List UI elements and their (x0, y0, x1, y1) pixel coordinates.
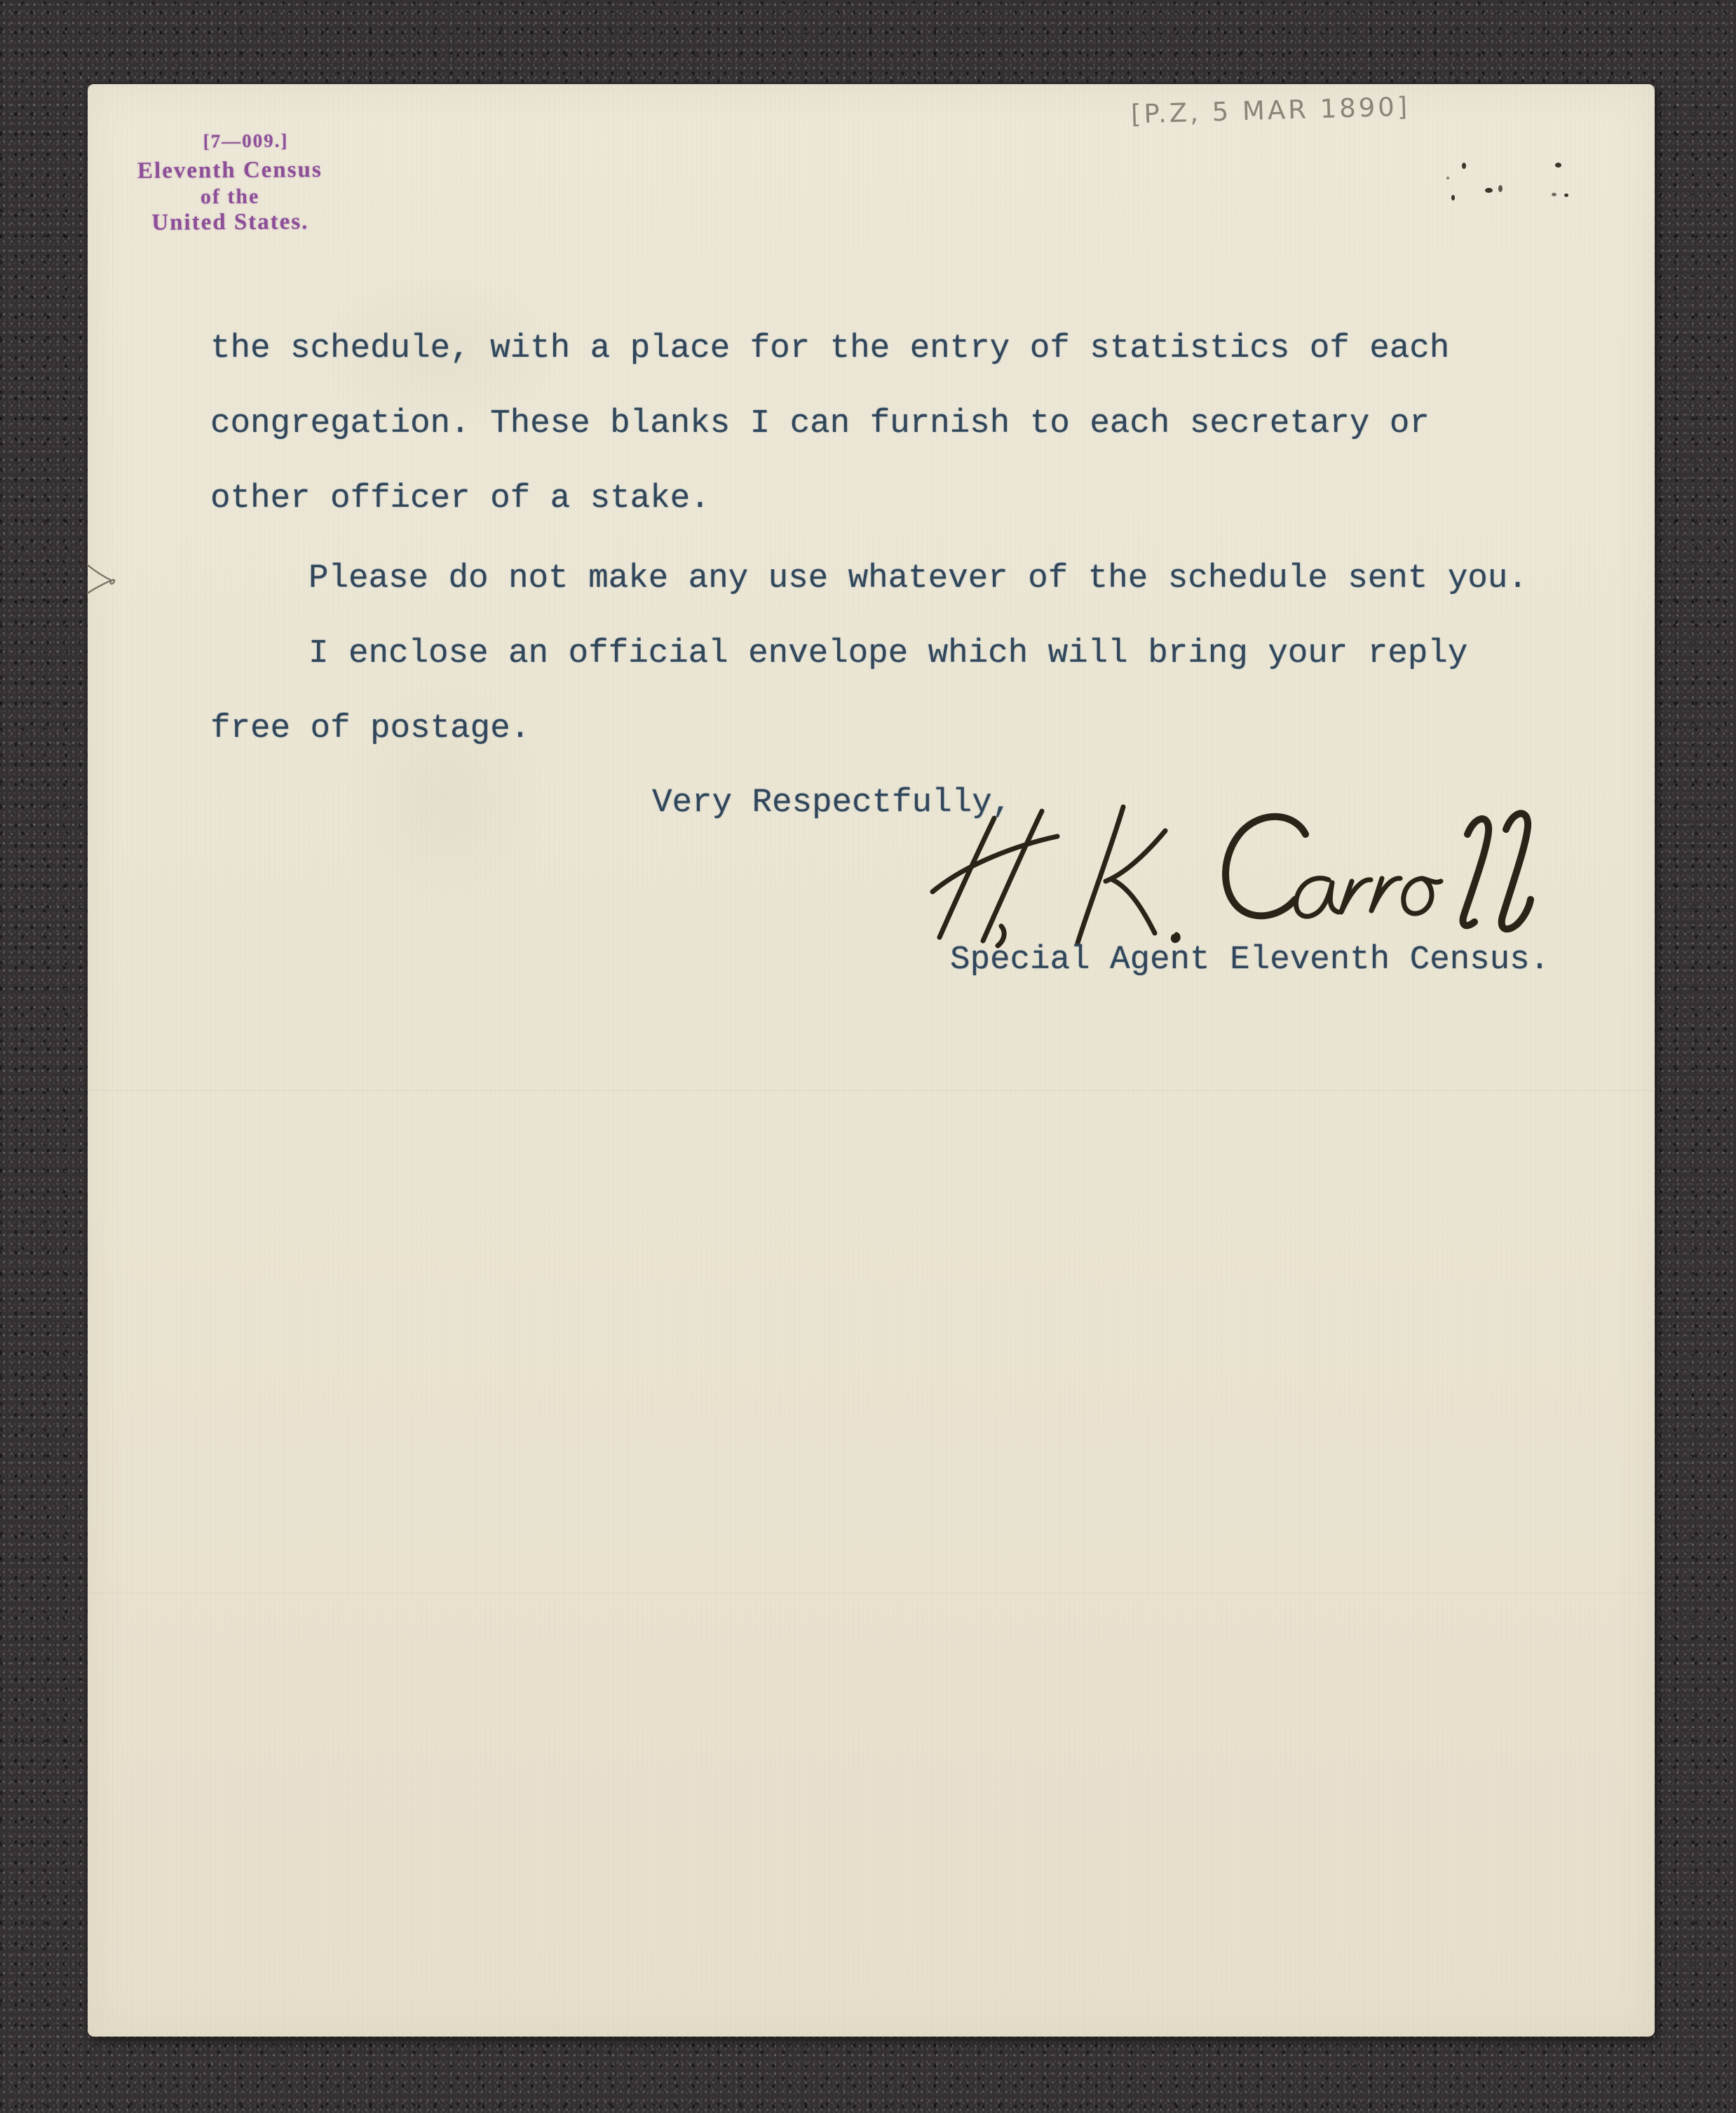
stamp-org-line1: Eleventh Census (121, 157, 339, 184)
margin-pencil-mark (82, 561, 121, 600)
ink-speck (1564, 193, 1568, 197)
ink-speck (1462, 163, 1466, 169)
stamp-form-number: [7—009.] (121, 130, 338, 153)
body-line-4: Please do not make any use whatever of t… (308, 562, 1528, 596)
stamp-org-line3: United States. (121, 209, 339, 236)
ink-speck (1485, 188, 1493, 193)
body-line-1: the schedule, with a place for the entry… (210, 332, 1449, 366)
archival-date-annotation: [P.Z, 5 MAR 1890] (1130, 91, 1410, 129)
body-line-3: other officer of a stake. (210, 482, 710, 516)
scan-background: [7—009.] Eleventh Census of the United S… (0, 0, 1736, 2113)
fold-crease-upper (88, 1090, 1655, 1092)
ink-speck (1555, 163, 1561, 168)
ink-speck (1552, 193, 1557, 196)
census-office-stamp: [7—009.] Eleventh Census of the United S… (121, 130, 339, 236)
letter-page: [7—009.] Eleventh Census of the United S… (88, 84, 1655, 2037)
fold-crease-lower (88, 1593, 1655, 1595)
body-line-6: free of postage. (210, 712, 530, 746)
body-line-5: I enclose an official envelope which wil… (308, 637, 1467, 671)
body-line-2: congregation. These blanks I can furnish… (210, 407, 1430, 441)
ink-speck (1446, 177, 1449, 179)
ink-speck (1451, 195, 1455, 201)
signature-hk-carroll (911, 796, 1571, 960)
stamp-org-line2: of the (121, 183, 339, 210)
signature-title: Special Agent Eleventh Census. (950, 944, 1549, 977)
ink-speck (1498, 185, 1503, 192)
